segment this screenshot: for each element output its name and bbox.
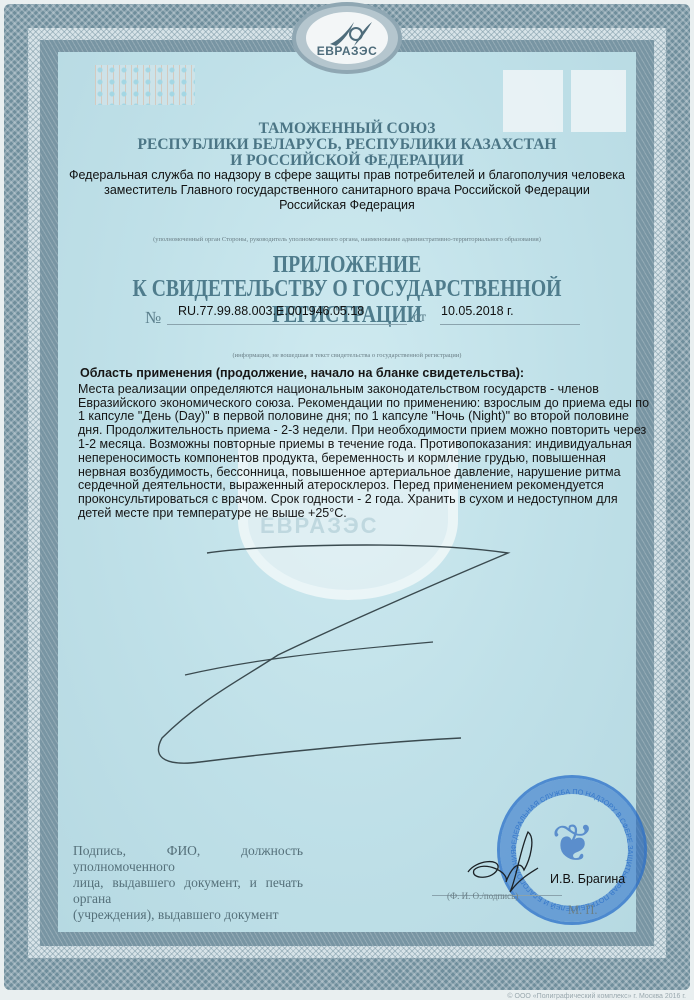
date-underline [440, 324, 580, 325]
signer-name: И.В. Брагина [550, 872, 625, 886]
authority-line-2: заместитель Главного государственного са… [0, 183, 694, 198]
hologram-patch [95, 65, 195, 105]
scope-text-line: проконсультироваться с врачом. Срок годн… [78, 493, 658, 507]
authority-line-1: Федеральная служба по надзору в сфере за… [0, 168, 694, 183]
registration-number-row: № RU.77.99.88.003.E.001946.05.18 от 10.0… [145, 304, 605, 326]
signature-caption-line-1: Подпись, ФИО, должность уполномоченного [73, 843, 303, 875]
scope-text-line: детей месте при температуре не выше +25°… [78, 507, 658, 521]
number-sign: № [145, 308, 161, 328]
scope-text-line: сердечной деятельности, выраженный атеро… [78, 479, 658, 493]
scope-text-line: нервная возбудимость, бессонница, повыше… [78, 466, 658, 480]
eurasec-logo-icon [328, 20, 374, 48]
authority-caption: (уполномоченный орган Стороны, руководит… [0, 236, 694, 243]
scope-text: Места реализации определяются национальн… [78, 383, 658, 521]
fio-caption: (Ф. И. О./подпись) [447, 891, 518, 901]
printer-mark: © ООО «Полиграфический комплекс» г. Моск… [507, 993, 686, 1000]
scope-text-line: 1-2 месяца. Возможны повторные приемы в … [78, 438, 658, 452]
signature-caption: Подпись, ФИО, должность уполномоченного … [73, 843, 303, 923]
date-prefix: от [413, 310, 426, 326]
signature-caption-line-3: (учреждения), выдавшего документ [73, 907, 303, 923]
scope-text-line: Евразийского экономического союза. Реком… [78, 397, 658, 411]
authority-line-3: Российская Федерация [0, 198, 694, 213]
certificate-page: ЕВРАЗЭС ТАМОЖЕННЫЙ СОЮЗ РЕСПУБЛИКИ БЕЛАР… [0, 0, 694, 1000]
number-underline [167, 324, 407, 325]
registration-date: 10.05.2018 г. [441, 304, 514, 318]
stamp-place-label: М. П. [568, 903, 598, 918]
scope-of-application: Область применения (продолжение, начало … [78, 367, 658, 521]
appendix-title: ПРИЛОЖЕНИЕ [62, 252, 631, 278]
scope-heading: Область применения (продолжение, начало … [80, 367, 658, 381]
scope-text-line: непереносимость компонентов продукта, бе… [78, 452, 658, 466]
scope-text-line: Места реализации определяются национальн… [78, 383, 658, 397]
signature-caption-line-2: лица, выдавшего документ, и печать орган… [73, 875, 303, 907]
coat-of-arms-icon: ❦ [545, 815, 601, 875]
scope-text-line: 1 капсуле "День (Day)" в первой половине… [78, 410, 658, 424]
eurasec-emblem: ЕВРАЗЭС [292, 2, 402, 74]
scope-text-line: дня. Продолжительность приема - 2-3 неде… [78, 424, 658, 438]
registration-number: RU.77.99.88.003.E.001946.05.18 [178, 304, 364, 318]
info-caption: (информация, не вошедшая в текст свидете… [0, 352, 694, 359]
